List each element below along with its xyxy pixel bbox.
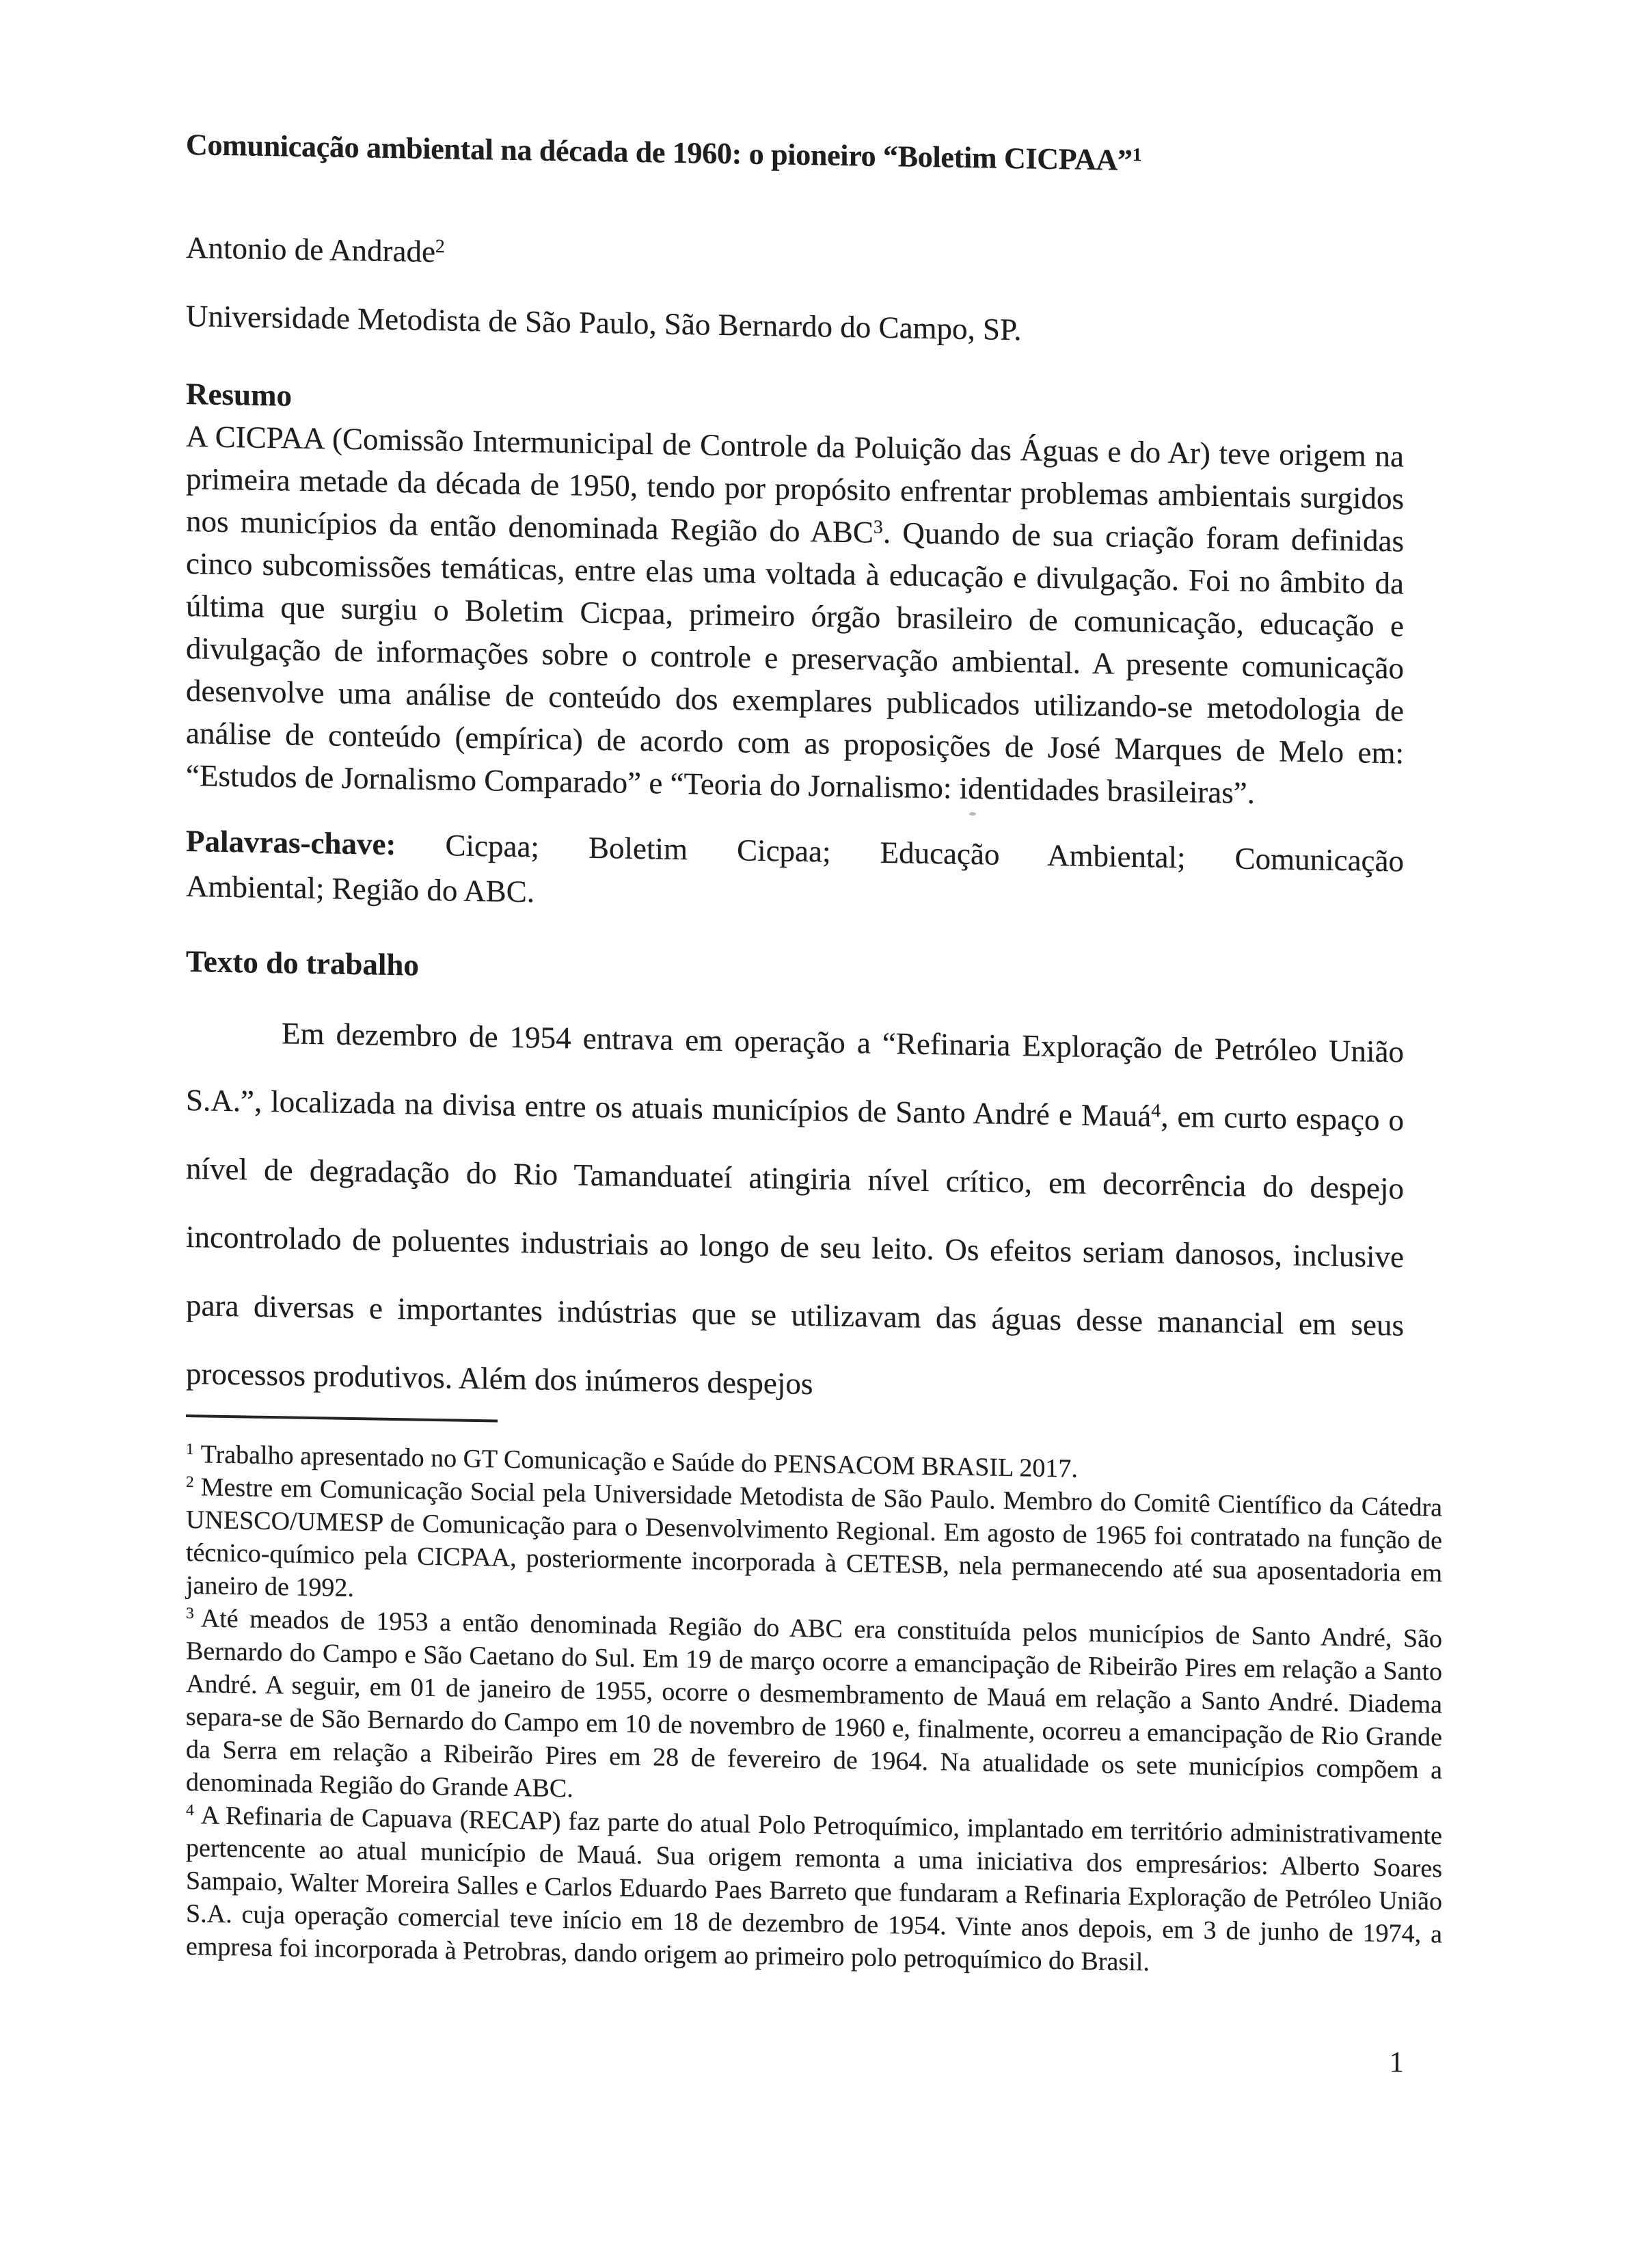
footnote-1-number: 1	[186, 1440, 194, 1458]
page-background: Comunicação ambiental na década de 1960:…	[0, 0, 1652, 2241]
body-heading: Texto do trabalho	[186, 940, 1404, 1003]
keywords-label: Palavras-chave:	[186, 824, 396, 861]
superscript-reference: 4	[1151, 1100, 1161, 1121]
footnote-3: 3Até meados de 1953 a então denominada R…	[186, 1602, 1442, 1819]
footnote-4: 4A Refinaria de Capuava (RECAP) faz part…	[186, 1799, 1442, 1983]
page-number: 1	[186, 2026, 1404, 2080]
body-paragraph: Em dezembro de 1954 entrava em operação …	[186, 997, 1404, 1428]
scanned-paper-page: { "page": { "number": "1" }, "header": {…	[0, 0, 1652, 2241]
keywords-block: Palavras-chave: Cicpaa; Boletim Cicpaa; …	[186, 818, 1404, 929]
footnotes-block: 1Trabalho apresentado no GT Comunicação …	[186, 1438, 1442, 1983]
abstract-paragraph: A CICPAA (Comissão Intermunicipal de Con…	[186, 415, 1404, 817]
footnote-separator-rule	[186, 1414, 498, 1423]
footnote-2: 2Mestre em Comunicação Social pela Unive…	[186, 1471, 1442, 1622]
paper-title: Comunicação ambiental na década de 1960:…	[186, 126, 1404, 184]
footnote-3-number: 3	[186, 1605, 194, 1622]
superscript-reference: 2	[435, 236, 445, 257]
superscript-reference: 1	[1133, 144, 1141, 165]
footnote-2-number: 2	[186, 1473, 194, 1491]
scan-speck	[969, 812, 976, 816]
footnote-4-number: 4	[186, 1801, 194, 1819]
footnote-2-text: Mestre em Comunicação Social pela Univer…	[186, 1473, 1442, 1602]
author-line: Antonio de Andrade2	[186, 229, 1404, 286]
superscript-reference: 3	[874, 517, 883, 538]
footnote-3-text: Até meados de 1953 a então denominada Re…	[186, 1604, 1442, 1803]
footnote-4-text: A Refinaria de Capuava (RECAP) faz parte…	[186, 1801, 1442, 1976]
affiliation-line: Universidade Metodista de São Paulo, São…	[186, 297, 1404, 355]
page-content: Comunicação ambiental na década de 1960:…	[186, 126, 1404, 2080]
